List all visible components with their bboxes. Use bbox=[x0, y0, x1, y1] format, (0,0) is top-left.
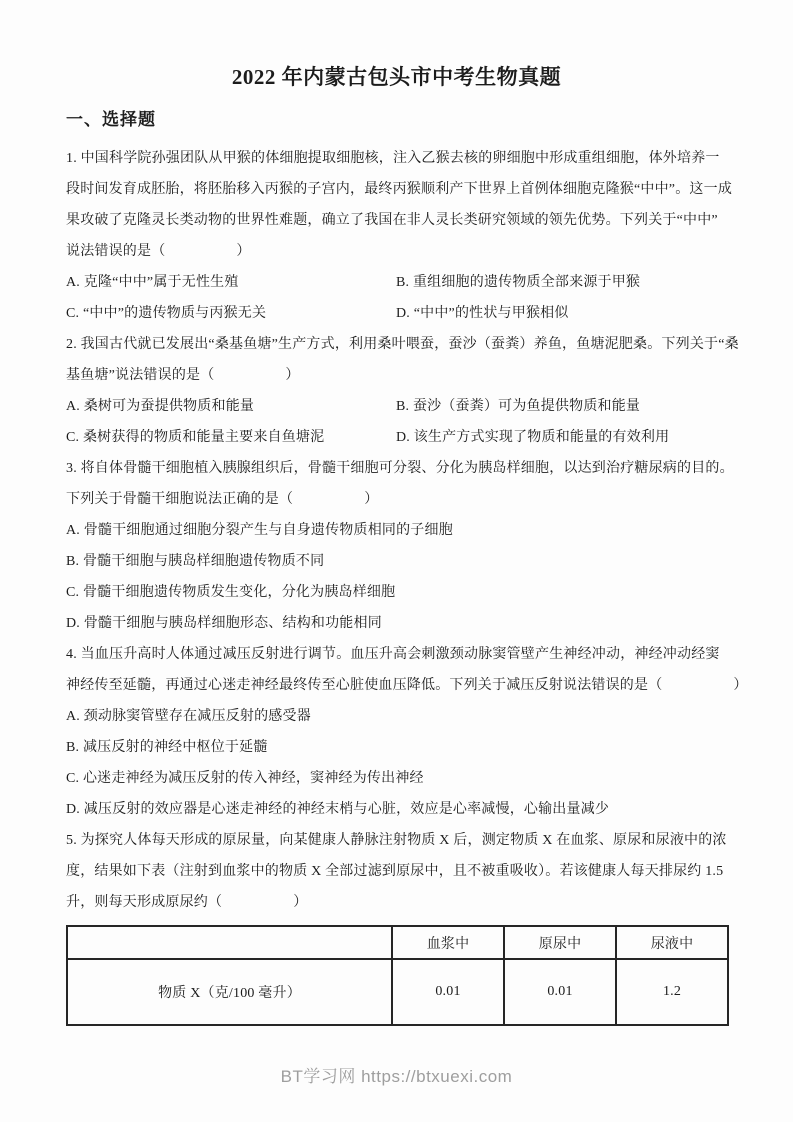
question-1-stem-line: 1. 中国科学院孙强团队从甲猴的体细胞提取细胞核，注入乙猴去核的卵细胞中形成重组… bbox=[66, 143, 727, 174]
table-cell-plasma-value: 0.01 bbox=[392, 959, 504, 1025]
table-header-primary-urine: 原尿中 bbox=[504, 926, 616, 959]
question-4-option-b: B. 减压反射的神经中枢位于延髓 bbox=[66, 732, 727, 763]
question-4-option-d: D. 减压反射的效应器是心迷走神经的神经末梢与心脏，效应是心率减慢，心输出量减少 bbox=[66, 794, 727, 825]
question-3-option-c: C. 骨髓干细胞遗传物质发生变化，分化为胰岛样细胞 bbox=[66, 577, 727, 608]
question-4-option-a: A. 颈动脉窦管壁存在减压反射的感受器 bbox=[66, 701, 727, 732]
question-4-option-c: C. 心迷走神经为减压反射的传入神经，窦神经为传出神经 bbox=[66, 763, 727, 794]
question-3-stem-line: 3. 将自体骨髓干细胞植入胰腺组织后，骨髓干细胞可分裂、分化为胰岛样细胞，以达到… bbox=[66, 453, 727, 484]
question-3-option-a: A. 骨髓干细胞通过细胞分裂产生与自身遗传物质相同的子细胞 bbox=[66, 515, 727, 546]
question-1-option-a: A. 克隆“中中”属于无性生殖 bbox=[66, 267, 396, 298]
table-header-plasma: 血浆中 bbox=[392, 926, 504, 959]
table-cell-urine-value: 1.2 bbox=[616, 959, 728, 1025]
table-data-row: 物质 X（克/100 毫升） 0.01 0.01 1.2 bbox=[67, 959, 728, 1025]
question-1-option-row: A. 克隆“中中”属于无性生殖 B. 重组细胞的遗传物质全部来源于甲猴 bbox=[66, 267, 727, 298]
question-1-stem-line: 果攻破了克隆灵长类动物的世界性难题，确立了我国在非人灵长类研究领域的领先优势。下… bbox=[66, 205, 727, 236]
table-cell-substance-label: 物质 X（克/100 毫升） bbox=[67, 959, 392, 1025]
watermark-footer: BT学习网 https://btxuexi.com bbox=[0, 1062, 793, 1087]
document-content: 2022 年内蒙古包头市中考生物真题 一、选择题 1. 中国科学院孙强团队从甲猴… bbox=[66, 62, 727, 1026]
question-1-option-c: C. “中中”的遗传物质与丙猴无关 bbox=[66, 298, 396, 329]
section-heading: 一、选择题 bbox=[66, 108, 727, 132]
question-1: 1. 中国科学院孙强团队从甲猴的体细胞提取细胞核，注入乙猴去核的卵细胞中形成重组… bbox=[66, 143, 727, 329]
question-5: 5. 为探究人体每天形成的原尿量，向某健康人静脉注射物质 X 后，测定物质 X … bbox=[66, 825, 727, 918]
question-1-stem-line: 说法错误的是（ ） bbox=[66, 236, 727, 267]
table-header-urine: 尿液中 bbox=[616, 926, 728, 959]
question-2-option-a: A. 桑树可为蚕提供物质和能量 bbox=[66, 391, 396, 422]
question-3-option-d: D. 骨髓干细胞与胰岛样细胞形态、结构和功能相同 bbox=[66, 608, 727, 639]
question-4: 4. 当血压升高时人体通过减压反射进行调节。血压升高会刺激颈动脉窦管壁产生神经冲… bbox=[66, 639, 727, 825]
question-2-stem-line: 2. 我国古代就已发展出“桑基鱼塘”生产方式，利用桑叶喂蚕，蚕沙（蚕粪）养鱼，鱼… bbox=[66, 329, 727, 360]
question-2-option-c: C. 桑树获得的物质和能量主要来自鱼塘泥 bbox=[66, 422, 396, 453]
question-2-option-b: B. 蚕沙（蚕粪）可为鱼提供物质和能量 bbox=[396, 391, 727, 422]
question-1-option-d: D. “中中”的性状与甲猴相似 bbox=[396, 298, 727, 329]
question-2-option-row: C. 桑树获得的物质和能量主要来自鱼塘泥 D. 该生产方式实现了物质和能量的有效… bbox=[66, 422, 727, 453]
question-4-stem-line: 神经传至延髓，再通过心迷走神经最终传至心脏使血压降低。下列关于减压反射说法错误的… bbox=[66, 670, 727, 701]
substance-concentration-table: 血浆中 原尿中 尿液中 物质 X（克/100 毫升） 0.01 0.01 1.2 bbox=[66, 925, 729, 1026]
question-1-option-b: B. 重组细胞的遗传物质全部来源于甲猴 bbox=[396, 267, 727, 298]
question-5-stem-line: 度，结果如下表（注射到血浆中的物质 X 全部过滤到原尿中，且不被重吸收）。若该健… bbox=[66, 856, 727, 887]
question-1-stem-line: 段时间发育成胚胎，将胚胎移入丙猴的子宫内，最终丙猴顺利产下世界上首例体细胞克隆猴… bbox=[66, 174, 727, 205]
question-3: 3. 将自体骨髓干细胞植入胰腺组织后，骨髓干细胞可分裂、分化为胰岛样细胞，以达到… bbox=[66, 453, 727, 639]
question-4-stem-line: 4. 当血压升高时人体通过减压反射进行调节。血压升高会刺激颈动脉窦管壁产生神经冲… bbox=[66, 639, 727, 670]
question-2-option-d: D. 该生产方式实现了物质和能量的有效利用 bbox=[396, 422, 727, 453]
table-cell-primary-urine-value: 0.01 bbox=[504, 959, 616, 1025]
question-3-option-b: B. 骨髓干细胞与胰岛样细胞遗传物质不同 bbox=[66, 546, 727, 577]
question-5-stem-line: 升，则每天形成原尿约（ ） bbox=[66, 887, 727, 918]
document-title: 2022 年内蒙古包头市中考生物真题 bbox=[66, 62, 727, 92]
table-header-empty bbox=[67, 926, 392, 959]
question-2-stem-line: 基鱼塘”说法错误的是（ ） bbox=[66, 360, 727, 391]
question-1-option-row: C. “中中”的遗传物质与丙猴无关 D. “中中”的性状与甲猴相似 bbox=[66, 298, 727, 329]
table-header-row: 血浆中 原尿中 尿液中 bbox=[67, 926, 728, 959]
question-2: 2. 我国古代就已发展出“桑基鱼塘”生产方式，利用桑叶喂蚕，蚕沙（蚕粪）养鱼，鱼… bbox=[66, 329, 727, 453]
exam-document-page: 2022 年内蒙古包头市中考生物真题 一、选择题 1. 中国科学院孙强团队从甲猴… bbox=[0, 0, 793, 1122]
question-3-stem-line: 下列关于骨髓干细胞说法正确的是（ ） bbox=[66, 484, 727, 515]
question-2-option-row: A. 桑树可为蚕提供物质和能量 B. 蚕沙（蚕粪）可为鱼提供物质和能量 bbox=[66, 391, 727, 422]
question-5-stem-line: 5. 为探究人体每天形成的原尿量，向某健康人静脉注射物质 X 后，测定物质 X … bbox=[66, 825, 727, 856]
